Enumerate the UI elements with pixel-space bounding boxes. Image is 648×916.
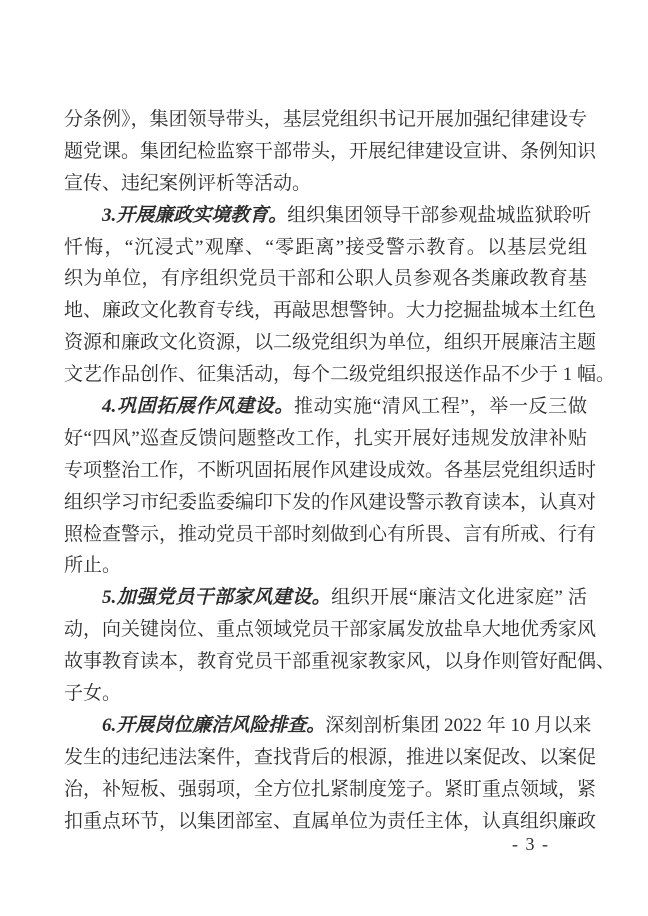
text-line: 动，向关键岗位、重点领域党员干部家属发放盐阜大地优秀家风	[64, 614, 587, 646]
text-line: 好“四风”巡查反馈问题整改工作，扎实开展好违规发放津补贴	[64, 423, 587, 455]
text-line: 发生的违纪违法案件，查找背后的根源，推进以案促改、以案促	[64, 742, 587, 774]
body-text: 照检查警示，推动党员干部时刻做到心有所畏、言有所戒、行有	[64, 524, 596, 545]
text-line: 文艺作品创作、征集活动，每个二级党组织报送作品不少于 1 幅。	[64, 359, 587, 391]
body-text: 组织集团领导干部参观盐城监狱聆听	[287, 205, 591, 226]
text-line: 故事教育读本，教育党员干部重视家教家风，以身作则管好配偶、	[64, 646, 587, 678]
body-text: 组织开展“廉洁文化进家庭” 活	[331, 587, 587, 608]
text-line: 宣传、违纪案例评析等活动。	[64, 168, 587, 200]
text-line: 4.巩固拓展作风建设。推动实施“清风工程”，举一反三做	[64, 391, 587, 423]
section-heading: 3.开展廉政实境教育。	[102, 205, 287, 226]
text-line: 照检查警示，推动党员干部时刻做到心有所畏、言有所戒、行有	[64, 519, 587, 551]
page-number: - 3 -	[512, 834, 550, 855]
section-heading: 5.加强党员干部家风建设。	[102, 587, 331, 608]
body-text: 地、廉政文化教育专线，再敲思想警钟。大力挖掘盐城本土红色	[64, 300, 596, 321]
body-text: 织为单位，有序组织党员干部和公职人员参观各类廉政教育基	[64, 268, 587, 289]
body-text: 子女。	[64, 683, 121, 704]
document-page: 分条例》，集团领导带头，基层党组织书记开展加强纪律建设专题党课。集团纪检监察干部…	[0, 0, 648, 916]
text-line: 忏悔，“沉浸式”观摩、“零距离”接受警示教育。以基层党组	[64, 232, 587, 264]
text-line: 5.加强党员干部家风建设。组织开展“廉洁文化进家庭” 活	[64, 582, 587, 614]
text-line: 资源和廉政文化资源，以二级党组织为单位，组织开展廉洁主题	[64, 327, 587, 359]
text-line: 题党课。集团纪检监察干部带头，开展纪律建设宣讲、条例知识	[64, 136, 587, 168]
text-line: 治，补短板、强弱项，全方位扎紧制度笼子。紧盯重点领域，紧	[64, 774, 587, 806]
text-line: 6.开展岗位廉洁风险排查。深刻剖析集团 2022 年 10 月以来	[64, 710, 587, 742]
body-text: 所止。	[64, 555, 121, 576]
text-block: 分条例》，集团领导带头，基层党组织书记开展加强纪律建设专题党课。集团纪检监察干部…	[64, 104, 587, 837]
body-text: 分条例》，集团领导带头，基层党组织书记开展加强纪律建设专	[64, 109, 587, 130]
body-text: 组织学习市纪委监委编印下发的作风建设警示教育读本，认真对	[64, 492, 596, 513]
body-text: 推动实施“清风工程”，举一反三做	[294, 396, 587, 417]
body-text: 文艺作品创作、征集活动，每个二级党组织报送作品不少于 1 幅。	[64, 364, 615, 385]
section-heading: 4.巩固拓展作风建设。	[102, 396, 294, 417]
text-line: 3.开展廉政实境教育。组织集团领导干部参观盐城监狱聆听	[64, 200, 587, 232]
body-text: 治，补短板、强弱项，全方位扎紧制度笼子。紧盯重点领域，紧	[64, 779, 596, 800]
body-text: 好“四风”巡查反馈问题整改工作，扎实开展好违规发放津补贴	[64, 428, 587, 449]
body-text: 发生的违纪违法案件，查找背后的根源，推进以案促改、以案促	[64, 747, 596, 768]
section-heading: 6.开展岗位廉洁风险排查。	[102, 715, 325, 736]
body-text: 专项整治工作，不断巩固拓展作风建设成效。各基层党组织适时	[64, 460, 596, 481]
body-text: 宣传、违纪案例评析等活动。	[64, 173, 311, 194]
text-line: 扣重点环节，以集团部室、直属单位为责任主体，认真组织廉政	[64, 806, 587, 838]
text-line: 专项整治工作，不断巩固拓展作风建设成效。各基层党组织适时	[64, 455, 587, 487]
text-line: 子女。	[64, 678, 587, 710]
body-text: 动，向关键岗位、重点领域党员干部家属发放盐阜大地优秀家风	[64, 619, 596, 640]
body-text: 题党课。集团纪检监察干部带头，开展纪律建设宣讲、条例知识	[64, 141, 596, 162]
text-line: 组织学习市纪委监委编印下发的作风建设警示教育读本，认真对	[64, 487, 587, 519]
text-line: 织为单位，有序组织党员干部和公职人员参观各类廉政教育基	[64, 263, 587, 295]
text-line: 分条例》，集团领导带头，基层党组织书记开展加强纪律建设专	[64, 104, 587, 136]
body-text: 深刻剖析集团 2022 年 10 月以来	[325, 715, 591, 736]
body-text: 资源和廉政文化资源，以二级党组织为单位，组织开展廉洁主题	[64, 332, 596, 353]
body-text: 忏悔，“沉浸式”观摩、“零距离”接受警示教育。以基层党组	[64, 237, 587, 258]
body-text: 扣重点环节，以集团部室、直属单位为责任主体，认真组织廉政	[64, 811, 596, 832]
text-line: 地、廉政文化教育专线，再敲思想警钟。大力挖掘盐城本土红色	[64, 295, 587, 327]
text-line: 所止。	[64, 550, 587, 582]
body-text: 故事教育读本，教育党员干部重视家教家风，以身作则管好配偶、	[64, 651, 615, 672]
